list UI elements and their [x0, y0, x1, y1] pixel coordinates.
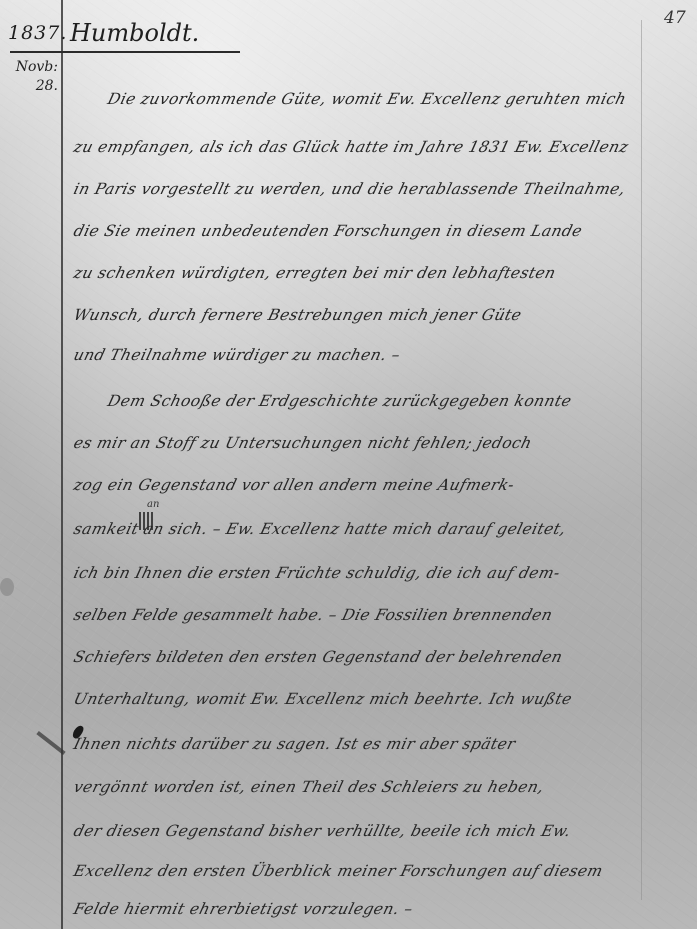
manuscript-line: ich bin Ihnen die ersten Früchte schuldi… [72, 564, 562, 582]
manuscript-line: zu schenken würdigten, erregten bei mir … [72, 264, 558, 282]
interlinear-insertion: an [147, 499, 159, 510]
manuscript-line: Felde hiermit ehrerbietigst vorzulegen. … [72, 900, 415, 918]
header-underline [10, 51, 240, 53]
margin-date-note: Novb: 28. [6, 58, 58, 96]
page-number: 47 [664, 8, 686, 28]
margin-date-day: 28. [6, 77, 58, 96]
manuscript-line: zu empfangen, als ich das Glück hatte im… [72, 138, 631, 156]
manuscript-line: in Paris vorgestellt zu werden, und die … [72, 180, 628, 198]
manuscript-line: vergönnt worden ist, einen Theil des Sch… [72, 778, 546, 796]
manuscript-line: und Theilnahme würdiger zu machen. – [72, 346, 403, 364]
manuscript-page: 1837. Humboldt. 47 Novb: 28. an Die zuvo… [0, 0, 697, 929]
manuscript-line: Ihnen nichts darüber zu sagen. Ist es mi… [72, 735, 518, 753]
manuscript-line: Dem Schooße der Erdgeschichte zurückgege… [106, 392, 574, 410]
manuscript-line: selben Felde gesammelt habe. – Die Fossi… [72, 606, 555, 624]
manuscript-line: Unterhaltung, womit Ew. Excellenz mich b… [72, 690, 574, 708]
paper-stain [0, 578, 14, 596]
manuscript-line: Die zuvorkommende Güte, womit Ew. Excell… [106, 90, 629, 108]
header-year: 1837. [8, 22, 67, 44]
margin-date-month: Novb: [6, 58, 58, 77]
left-margin-rule [61, 0, 63, 929]
manuscript-line: Wunsch, durch fernere Bestrebungen mich … [72, 306, 524, 324]
manuscript-line: es mir an Stoff zu Untersuchungen nicht … [72, 434, 534, 452]
manuscript-line: Excellenz den ersten Überblick meiner Fo… [72, 862, 605, 880]
header-title: Humboldt. [70, 19, 199, 47]
manuscript-line: Schiefers bildeten den ersten Gegenstand… [72, 648, 565, 666]
manuscript-line: die Sie meinen unbedeutenden Forschungen… [72, 222, 584, 240]
manuscript-line: samkeit an sich. – Ew. Excellenz hatte m… [72, 520, 568, 538]
manuscript-line: der diesen Gegenstand bisher verhüllte, … [72, 822, 573, 840]
manuscript-line: zog ein Gegenstand vor allen andern mein… [72, 476, 517, 494]
right-fold-line [641, 20, 642, 900]
